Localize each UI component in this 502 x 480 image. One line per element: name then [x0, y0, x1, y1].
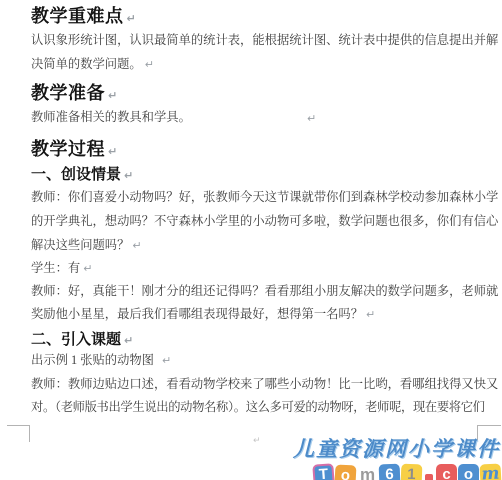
watermark: 儿童资源网小学课件 T o m 6 1 c o m: [293, 433, 502, 480]
line-text: 认识象形统计图，认识最简单的统计表，能根据统计图、统计表中提供的信息提出并解: [31, 33, 498, 47]
logo-letter-o1: o: [334, 464, 356, 480]
line-text: 教师：好，真能干！刚才分的组还记得吗？看看那组小朋友解决的数学问题多，老师就: [31, 284, 498, 298]
para-teacher-intro-line-1: 教师：你们喜爱小动物吗？好，张教师今天这节课就带你们到森林学校动参加森林小学: [31, 190, 498, 205]
heading-preparation: 教学准备↵: [31, 83, 118, 106]
line-text: 教师：教师边贴边口述，看看动物学校来了哪些小动物！比一比哟，看哪组找得又快又: [31, 377, 498, 391]
heading-text: 一、创设情景: [31, 166, 121, 183]
heading-text: 二、引入课题: [31, 331, 121, 348]
para-teacher-paste-line-1: 教师：教师边贴边口述，看看动物学校来了哪些小动物！比一比哟，看哪组找得又快又: [31, 377, 498, 392]
line-text: 的开学典礼，想动吗？不守森林小学里的小动物可多啦，数学问题也很多，你们有信心: [31, 214, 498, 228]
paragraph-mark-icon: ↵: [162, 354, 171, 367]
para-key-points-line-2: 决简单的数学问题。↵: [31, 57, 154, 72]
para-teacher-intro-line-3: 解决这些问题吗？↵: [31, 238, 142, 253]
para-teacher-praise-line-1: 教师：好，真能干！刚才分的组还记得吗？看看那组小朋友解决的数学问题多，老师就: [31, 284, 498, 299]
paragraph-mark-icon: ↵: [108, 145, 118, 158]
subheading-create-scenario: 一、创设情景↵: [31, 166, 133, 184]
logo-letter-1: 1: [401, 464, 423, 480]
line-text: 解决这些问题吗？: [31, 238, 129, 252]
line-text: 学生：有: [31, 261, 80, 275]
line-text: 决简单的数学问题。: [31, 57, 142, 71]
text-boundary-corner-left-icon: [7, 425, 30, 442]
tom61-logo: T o m 6 1 c o m: [293, 464, 502, 480]
logo-letter-o2: o: [458, 464, 479, 480]
para-teacher-praise-line-2: 奖励他小星星，最后我们看哪组表现得最好，想得第一名吗？↵: [31, 307, 375, 322]
paragraph-mark-icon: ↵: [307, 111, 316, 126]
heading-process: 教学过程↵: [31, 139, 118, 162]
logo-letter-6: 6: [379, 464, 401, 480]
logo-letter-t: T: [312, 463, 334, 480]
logo-letter-c: c: [436, 464, 457, 480]
para-student-reply: 学生：有↵: [31, 261, 92, 276]
heading-text: 教学准备: [31, 83, 105, 103]
paragraph-mark-icon: ↵: [145, 58, 154, 71]
empty-paragraph-mark-icon: ↵: [253, 436, 261, 446]
logo-dot-icon: [425, 474, 433, 480]
paragraph-mark-icon: ↵: [124, 169, 133, 182]
paragraph-mark-icon: ↵: [83, 262, 92, 275]
para-show-example: 出示例 1 张贴的动物图↵: [31, 353, 171, 368]
para-teacher-paste-line-2: 对。（老师版书出学生说出的动物名称）。这么多可爱的动物呀，老师呢，现在要将它们: [31, 400, 485, 415]
heading-text: 教学重难点: [31, 6, 124, 26]
paragraph-mark-icon: ↵: [127, 12, 137, 25]
line-text: 奖励他小星星，最后我们看哪组表现得最好，想得第一名吗？: [31, 307, 363, 321]
line-text: 教师准备相关的教具和学具。: [31, 110, 191, 124]
paragraph-mark-icon: ↵: [124, 334, 133, 347]
para-key-points-line-1: 认识象形统计图，认识最简单的统计表，能根据统计图、统计表中提供的信息提出并解: [31, 33, 498, 48]
heading-text: 教学过程: [31, 139, 105, 159]
para-teacher-intro-line-2: 的开学典礼，想动吗？不守森林小学里的小动物可多啦，数学问题也很多，你们有信心: [31, 214, 498, 229]
watermark-site-name: 儿童资源网小学课件: [293, 433, 502, 463]
subheading-introduce-topic: 二、引入课题↵: [31, 331, 133, 349]
line-text: 教师：你们喜爱小动物吗？好，张教师今天这节课就带你们到森林学校动参加森林小学: [31, 190, 498, 204]
logo-letter-m1: m: [357, 464, 378, 480]
word-document-page: 教学重难点↵ 认识象形统计图，认识最简单的统计表，能根据统计图、统计表中提供的信…: [0, 0, 502, 480]
line-text: 出示例 1 张贴的动物图: [31, 353, 154, 367]
line-text: 对。（老师版书出学生说出的动物名称）。这么多可爱的动物呀，老师呢，现在要将它们: [31, 400, 485, 414]
logo-letter-m2: m: [479, 463, 501, 480]
heading-key-points: 教学重难点↵: [31, 6, 136, 29]
paragraph-mark-icon: ↵: [132, 239, 141, 252]
para-preparation: 教师准备相关的教具和学具。↵: [31, 110, 191, 125]
paragraph-mark-icon: ↵: [108, 89, 118, 102]
paragraph-mark-icon: ↵: [366, 308, 375, 321]
